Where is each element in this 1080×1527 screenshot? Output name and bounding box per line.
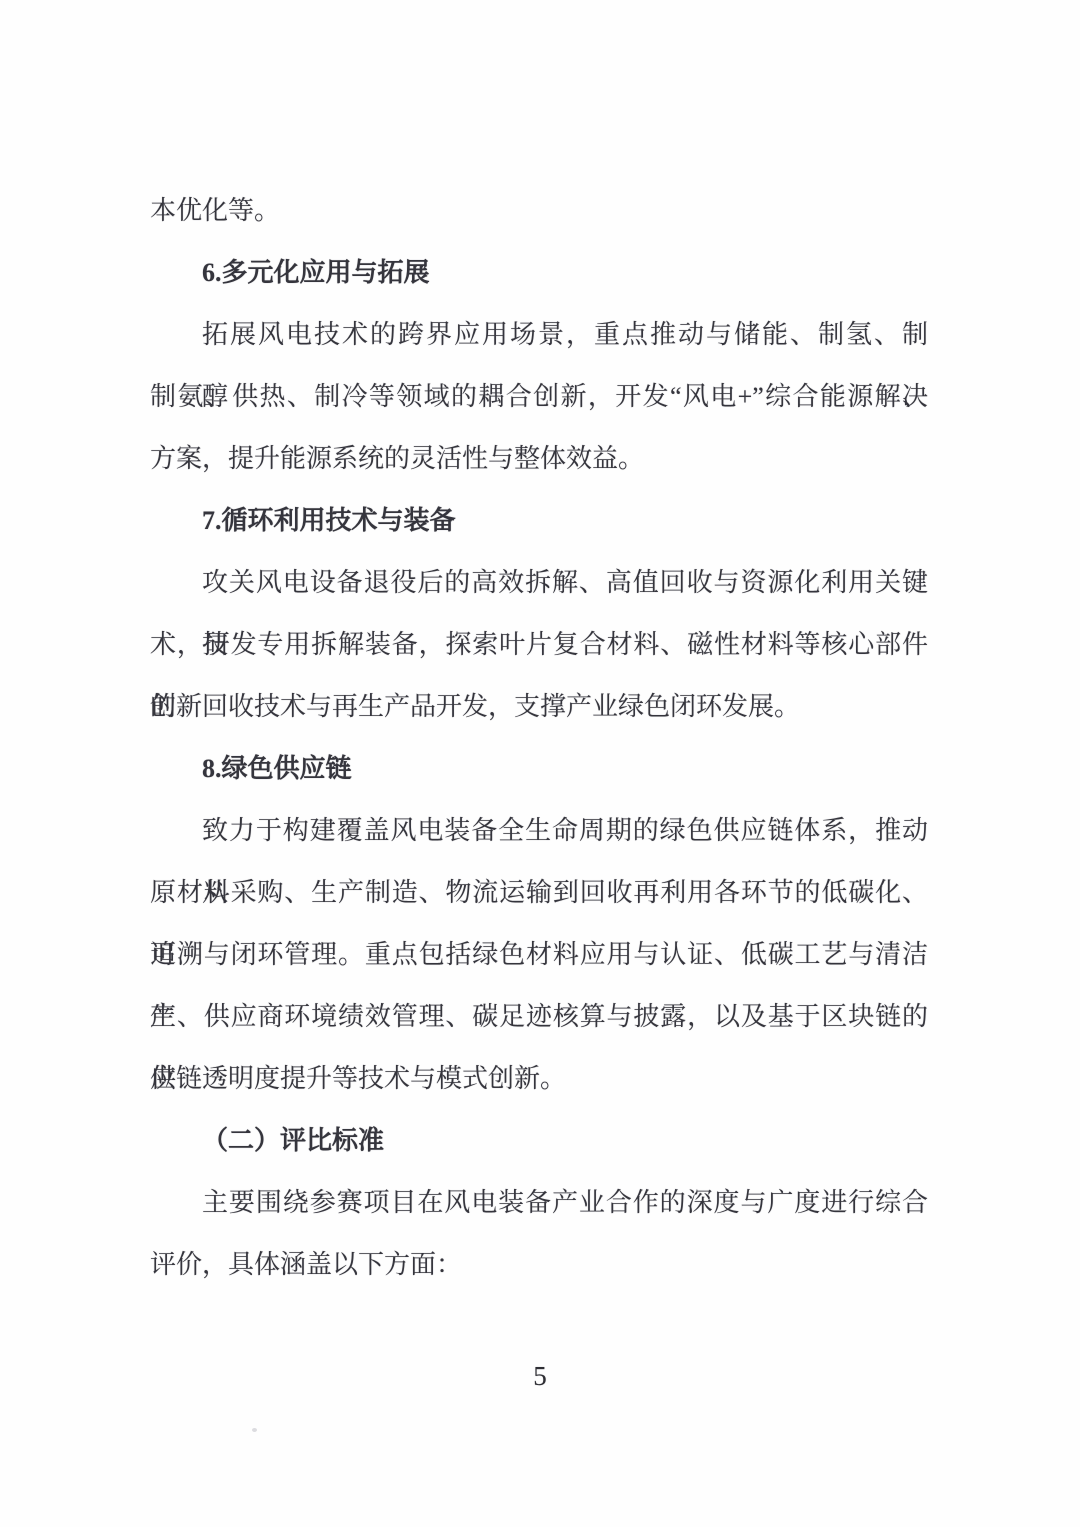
document-text-block: 本优化等。 6.多元化应用与拓展 拓展风电技术的跨界应用场景，重点推动与储能、制… <box>150 180 928 1296</box>
paragraph-line: 方案，提升能源系统的灵活性与整体效益。 <box>150 428 928 490</box>
paragraph-tail-line: 本优化等。 <box>150 180 928 242</box>
paragraph-line: 产、供应商环境绩效管理、碳足迹核算与披露，以及基于区块链的供 <box>150 986 928 1048</box>
scan-artifact-dot <box>252 1428 257 1432</box>
paragraph-line: 致力于构建覆盖风电装备全生命周期的绿色供应链体系，推动从 <box>150 800 928 862</box>
paragraph-line: 制氨、供热、制冷等领域的耦合创新，开发“风电+”综合能源解决 <box>150 366 928 428</box>
paragraph-line: 拓展风电技术的跨界应用场景，重点推动与储能、制氢、制醇、 <box>150 304 928 366</box>
heading-evaluation-criteria: （二）评比标准 <box>150 1110 928 1172</box>
paragraph-line: 原材料采购、生产制造、物流运输到回收再利用各环节的低碳化、可 <box>150 862 928 924</box>
paragraph-line: 评价，具体涵盖以下方面： <box>150 1234 928 1296</box>
heading-section-6-diversified-applications: 6.多元化应用与拓展 <box>150 242 928 304</box>
paragraph-line: 主要围绕参赛项目在风电装备产业合作的深度与广度进行综合 <box>150 1172 928 1234</box>
paragraph-line: 追溯与闭环管理。重点包括绿色材料应用与认证、低碳工艺与清洁生 <box>150 924 928 986</box>
page-number: 5 <box>0 1358 1080 1394</box>
paragraph-line: 应链透明度提升等技术与模式创新。 <box>150 1048 928 1110</box>
paragraph-line: 创新回收技术与再生产品开发，支撑产业绿色闭环发展。 <box>150 676 928 738</box>
heading-section-7-recycling-technology: 7.循环利用技术与装备 <box>150 490 928 552</box>
document-page: 本优化等。 6.多元化应用与拓展 拓展风电技术的跨界应用场景，重点推动与储能、制… <box>0 0 1080 1527</box>
paragraph-line: 术，研发专用拆解装备，探索叶片复合材料、磁性材料等核心部件的 <box>150 614 928 676</box>
paragraph-line: 攻关风电设备退役后的高效拆解、高值回收与资源化利用关键技 <box>150 552 928 614</box>
heading-section-8-green-supply-chain: 8.绿色供应链 <box>150 738 928 800</box>
